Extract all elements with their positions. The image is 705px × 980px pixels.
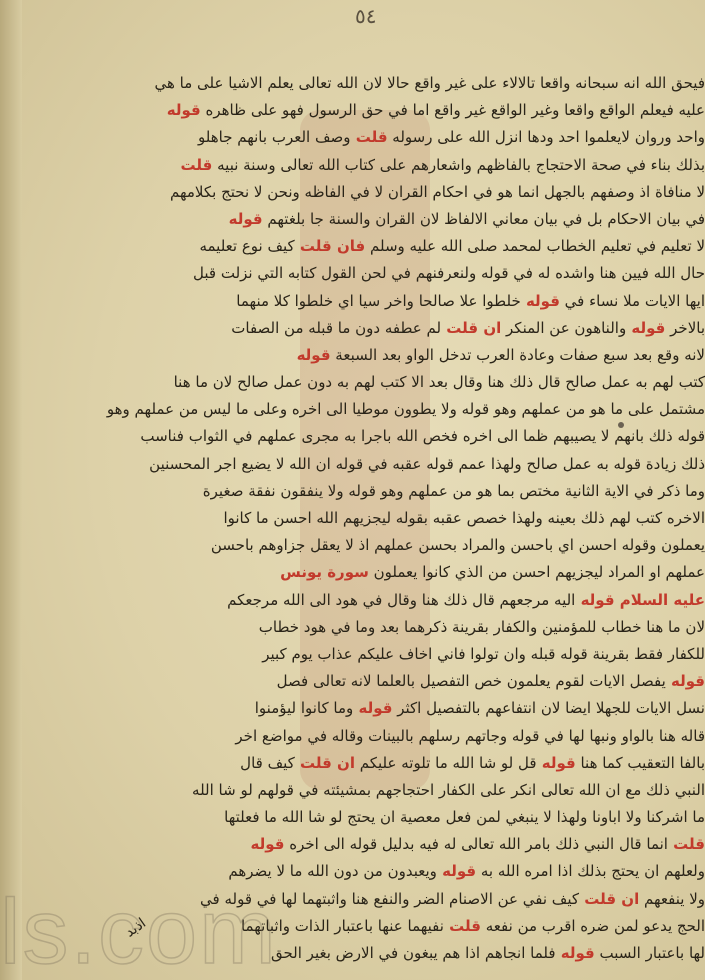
- rubric-heading: ان قلت: [295, 754, 355, 772]
- rubric-heading: قوله: [297, 346, 331, 364]
- rubric-heading: قوله: [521, 292, 560, 310]
- line-text: ولعلهم ان يحتج بذلك اذا امره الله به: [476, 862, 705, 880]
- rubric-heading: سورة يونس: [280, 563, 369, 581]
- text-line: عليه السلام قوله اليه مرجعهم قال ذلك هنا…: [100, 587, 705, 614]
- line-text: كيف نوع تعليمه: [199, 237, 294, 255]
- line-text: يعملون وقوله احسن اي باحسن والمراد بحسن …: [211, 536, 705, 554]
- rubric-heading: قوله: [537, 754, 576, 772]
- text-line: عملهم او المراد ليجزيهم احسن من الذي كان…: [100, 559, 705, 586]
- rubric-heading: ان قلت: [441, 319, 501, 337]
- line-text: لم عطفه دون ما قبله من الصفات: [231, 319, 441, 337]
- line-text: قل لو شا الله ما تلوته عليكم: [355, 754, 537, 772]
- text-line: يعملون وقوله احسن اي باحسن والمراد بحسن …: [100, 532, 705, 559]
- line-text: بالاخر: [665, 319, 705, 337]
- line-text: عملهم او المراد ليجزيهم احسن من الذي كان…: [369, 563, 705, 581]
- line-text: عليه فيعلم الواقع واقعا وغير الواقع غير …: [201, 101, 705, 119]
- rubric-heading: قلت: [350, 128, 387, 146]
- line-text: الحج يدعو لمن ضره اقرب من نفعه: [481, 917, 705, 935]
- line-text: مشتمل على ما هو من عملهم وهو قوله ولا يط…: [107, 400, 705, 418]
- text-line: لانه وقع بعد سبع صفات وعادة العرب تدخل ا…: [100, 342, 705, 369]
- text-line: قلت انما قال النبي ذلك بامر الله تعالى ل…: [100, 831, 705, 858]
- rubric-heading: قوله: [251, 835, 285, 853]
- folio-number: ٥٤: [355, 4, 376, 28]
- page-edge: [0, 0, 22, 980]
- line-text: ايها الايات ملا نساء في: [560, 292, 705, 310]
- rubric-heading: قوله: [167, 101, 201, 119]
- text-line: الاخره كتب لهم ذلك بعينه ولهذا خصص عقبه …: [100, 505, 705, 532]
- line-text: قاله هنا بالواو ونبها لها في قوله وجاتهم…: [235, 727, 705, 745]
- text-line: لان ما هنا خطاب للمؤمنين والكفار بقرينة …: [100, 614, 705, 641]
- line-text: كيف قال: [240, 754, 295, 772]
- text-line: بالفا التعقيب كما هنا قوله قل لو شا الله…: [100, 750, 705, 777]
- line-text: خلطوا علا صالحا واخر سيا اي خلطوا كلا من…: [236, 292, 520, 310]
- text-line: كتب لهم به عمل صالح قال ذلك هنا وقال بعد…: [100, 369, 705, 396]
- text-line: بذلك بناء في صحة الاحتجاج بالفاظهم واشعا…: [100, 152, 705, 179]
- line-text: لا منافاة اذ وصفهم بالجهل انما هو في احك…: [170, 183, 705, 201]
- line-text: كتب لهم به عمل صالح قال ذلك هنا وقال بعد…: [174, 373, 705, 391]
- text-line: لا منافاة اذ وصفهم بالجهل انما هو في احك…: [100, 179, 705, 206]
- line-text: نسل الايات للجهلا ايضا لان انتفاعهم بالت…: [392, 699, 705, 717]
- text-line: لا تعليم في تعليم الخطاب لمحمد صلى الله …: [100, 233, 705, 260]
- line-text: حال الله فيين هنا واشده له في قوله ولنعر…: [193, 264, 705, 282]
- rubric-heading: قوله: [437, 862, 476, 880]
- line-text: ما اشركنا ولا اباونا ولهذا لا ينبغي لمن …: [224, 808, 705, 826]
- rubric-heading: قلت: [444, 917, 481, 935]
- line-text: لان ما هنا خطاب للمؤمنين والكفار بقرينة …: [259, 618, 705, 636]
- rubric-heading: عليه السلام قوله: [575, 591, 705, 609]
- line-text: لانه وقع بعد سبع صفات وعادة العرب تدخل ا…: [331, 346, 705, 364]
- rubric-heading: فان قلت: [295, 237, 366, 255]
- text-line: قوله ذلك بانهم لا يصيبهم ظما الى اخره فخ…: [100, 423, 705, 450]
- rubric-heading: قوله: [353, 699, 392, 717]
- line-text: لها باعتبار السبب: [595, 944, 705, 962]
- line-text: وما كانوا ليؤمنوا: [255, 699, 354, 717]
- line-text: بالفا التعقيب كما هنا: [576, 754, 705, 772]
- rubric-heading: ان قلت: [579, 890, 639, 908]
- line-text: يفصل الايات لقوم يعلمون خص التفصيل بالعل…: [277, 672, 666, 690]
- line-text: بذلك بناء في صحة الاحتجاج بالفاظهم واشعا…: [212, 156, 705, 174]
- manuscript-text: فيحق الله انه سبحانه واقعا تالالاء على غ…: [100, 70, 705, 967]
- line-text: والناهون عن المنكر: [501, 319, 626, 337]
- text-line: واحد وروان لايعلموا احد ودها انزل الله ع…: [100, 124, 705, 151]
- line-text: فيحق الله انه سبحانه واقعا تالالاء على غ…: [154, 74, 705, 92]
- text-line: ما اشركنا ولا اباونا ولهذا لا ينبغي لمن …: [100, 804, 705, 831]
- rubric-heading: قلت: [668, 835, 705, 853]
- line-text: فلما انجاهم اذا هم يبغون في الارض بغير ا…: [271, 944, 556, 962]
- line-text: للكفار فقط بقرينة قوله قبله وان تولوا فا…: [262, 645, 705, 663]
- line-text: ولا ينفعهم: [639, 890, 705, 908]
- text-line: بالاخر قوله والناهون عن المنكر ان قلت لم…: [100, 315, 705, 342]
- text-line: حال الله فيين هنا واشده له في قوله ولنعر…: [100, 260, 705, 287]
- line-text: لا تعليم في تعليم الخطاب لمحمد صلى الله …: [365, 237, 705, 255]
- line-text: النبي ذلك مع ان الله تعالى انكر على الكف…: [192, 781, 705, 799]
- text-line: قاله هنا بالواو ونبها لها في قوله وجاتهم…: [100, 723, 705, 750]
- text-line: قوله يفصل الايات لقوم يعلمون خص التفصيل …: [100, 668, 705, 695]
- line-text: انما قال النبي ذلك بامر الله تعالى له في…: [285, 835, 668, 853]
- rubric-heading: قوله: [626, 319, 665, 337]
- text-line: للكفار فقط بقرينة قوله قبله وان تولوا فا…: [100, 641, 705, 668]
- text-line: ايها الايات ملا نساء في قوله خلطوا علا ص…: [100, 288, 705, 315]
- text-line: عليه فيعلم الواقع واقعا وغير الواقع غير …: [100, 97, 705, 124]
- text-line: ذلك زيادة قوله به عمل صالح ولهذا عمم قول…: [100, 451, 705, 478]
- text-line: النبي ذلك مع ان الله تعالى انكر على الكف…: [100, 777, 705, 804]
- line-text: واحد وروان لايعلموا احد ودها انزل الله ع…: [388, 128, 705, 146]
- line-text: وصف العرب بانهم جاهلو: [198, 128, 350, 146]
- rubric-heading: قلت: [181, 156, 213, 174]
- text-line: وما ذكر في الاية الثانية مختص بما هو من …: [100, 478, 705, 505]
- rubric-heading: قوله: [229, 210, 263, 228]
- text-line: في بيان الاحكام بل في بيان معاني الالفاظ…: [100, 206, 705, 233]
- line-text: ذلك زيادة قوله به عمل صالح ولهذا عمم قول…: [149, 455, 705, 473]
- text-line: مشتمل على ما هو من عملهم وهو قوله ولا يط…: [100, 396, 705, 423]
- line-text: في بيان الاحكام بل في بيان معاني الالفاظ…: [263, 210, 705, 228]
- text-line: فيحق الله انه سبحانه واقعا تالالاء على غ…: [100, 70, 705, 97]
- rubric-heading: قوله: [556, 944, 595, 962]
- rubric-heading: قوله: [666, 672, 705, 690]
- line-text: قوله ذلك بانهم لا يصيبهم ظما الى اخره فخ…: [140, 427, 705, 445]
- text-line: نسل الايات للجهلا ايضا لان انتفاعهم بالت…: [100, 695, 705, 722]
- line-text: اليه مرجعهم قال ذلك هنا وقال في هود الى …: [227, 591, 575, 609]
- line-text: ويعبدون من دون الله ما لا يضرهم: [228, 862, 437, 880]
- line-text: الاخره كتب لهم ذلك بعينه ولهذا خصص عقبه …: [223, 509, 705, 527]
- line-text: وما ذكر في الاية الثانية مختص بما هو من …: [203, 482, 705, 500]
